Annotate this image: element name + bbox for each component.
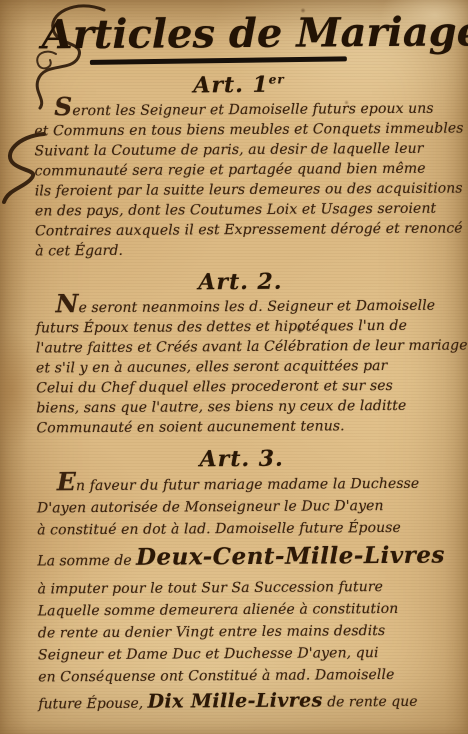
article-1: Art. 1er Seront les Seigneur et Damoisel… — [24, 71, 455, 262]
article-3-heading: Art. 3. — [27, 444, 457, 475]
manuscript-line: à imputer pour le tout Sur Sa Succession… — [37, 575, 457, 600]
article-2-body: Ne seront neanmoins les d. Seigneur et D… — [26, 296, 457, 439]
article-2-heading: Art. 2. — [25, 268, 455, 299]
manuscript-line: Laquelle somme demeurera alienée à const… — [38, 597, 458, 622]
annuity-amount-suffix: de rente que — [323, 694, 418, 711]
article-1-body: Seront les Seigneur et Damoiselle futurs… — [24, 99, 455, 262]
manuscript-line: à cet Égard. — [35, 239, 455, 262]
manuscript-page: Articles de Mariage Art. 1er Seront les … — [0, 0, 468, 734]
manuscript-line: Communauté en soient aucunement tenus. — [36, 415, 456, 438]
dowry-amount-prefix: La somme de — [37, 553, 136, 570]
manuscript-line: Seigneur et Dame Duc et Duchesse D'ayen,… — [38, 641, 458, 666]
article-2: Art. 2. Ne seront neanmoins les d. Seign… — [25, 268, 456, 439]
article-1-heading-text: Art. 1 — [193, 72, 269, 99]
article-3-body: En faveur du futur mariage madame la Duc… — [27, 472, 459, 718]
article-3: Art. 3. En faveur du futur mariage madam… — [27, 444, 459, 718]
manuscript-line: à constitué en dot à lad. Damoiselle fut… — [37, 516, 457, 541]
annuity-amount-prefix: future Épouse, — [38, 696, 147, 713]
manuscript-line: en Conséquense ont Constitué à mad. Damo… — [38, 663, 458, 688]
manuscript-line: Contraires auxquels il est Expressement … — [35, 219, 455, 242]
annuity-amount-line: future Épouse, Dix Mille-Livres de rente… — [38, 685, 458, 718]
manuscript-line: D'ayen autorisée de Monseigneur le Duc D… — [37, 494, 457, 519]
page-title: Articles de Mariage — [42, 9, 454, 59]
dowry-amount-line: La somme de Deux-Cent-Mille-Livres — [37, 539, 457, 577]
manuscript-line: biens, sans que l'autre, ses biens ny ce… — [36, 395, 456, 418]
article-1-heading-ordinal: er — [269, 72, 285, 86]
manuscript-line: En faveur du futur mariage madame la Duc… — [37, 472, 457, 497]
manuscript-line: l'autre faittes et Créés avant la Célébr… — [36, 335, 456, 358]
dowry-amount-value: Deux-Cent-Mille-Livres — [136, 542, 445, 571]
article-1-heading: Art. 1er — [24, 71, 454, 102]
annuity-amount-value: Dix Mille-Livres — [148, 689, 323, 712]
manuscript-line: de rente au denier Vingt entre les mains… — [38, 619, 458, 644]
